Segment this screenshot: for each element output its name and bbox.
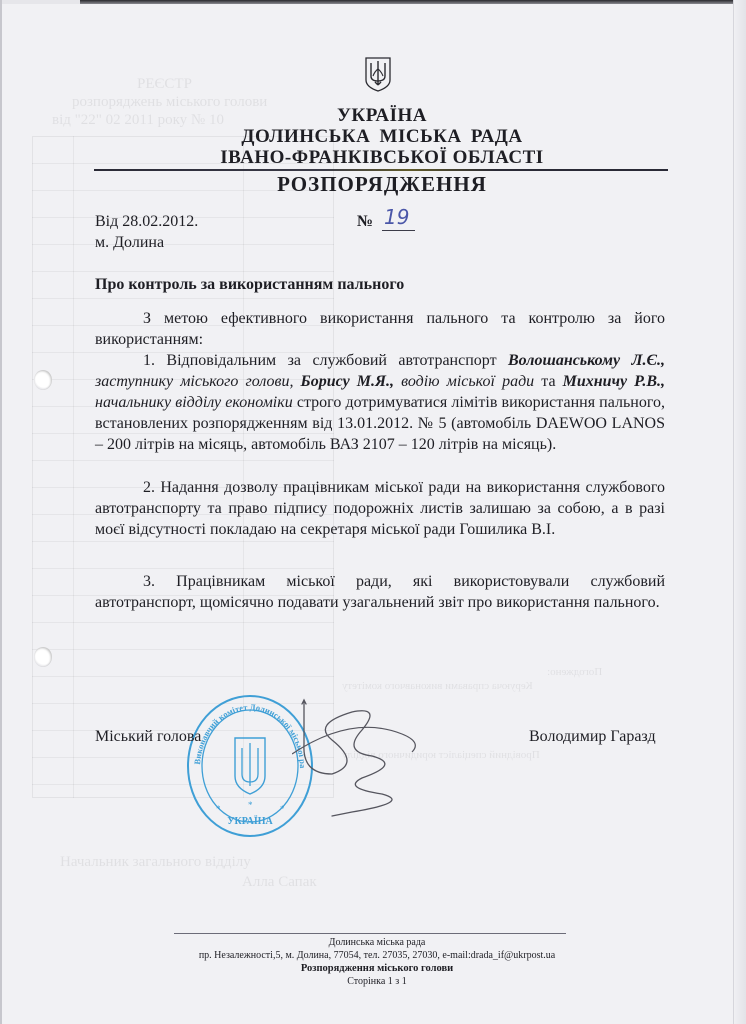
scan-edge-top xyxy=(80,0,746,4)
item-1-role-1: заступнику міського голови, xyxy=(95,373,293,390)
svg-text:*: * xyxy=(248,800,253,810)
paragraph-intro-text: З метою ефективного використання пальног… xyxy=(95,310,665,348)
header-council: ДОЛИНСЬКА МІСЬКА РАДА xyxy=(92,126,672,148)
bleed-through-title: РЕЄСТР xyxy=(137,76,192,93)
document-date: Від 28.02.2012. xyxy=(95,211,198,233)
item-1-person-3: Михничу Р.В., xyxy=(563,373,665,390)
item-1-prefix: 1. Відповідальним за службовий автотранс… xyxy=(143,352,508,369)
signatory-name: Володимир Гаразд xyxy=(529,726,656,748)
document-subject: Про контроль за використанням пального xyxy=(95,274,404,296)
punch-hole-bottom xyxy=(34,647,52,667)
paragraph-item-2: 2. Надання дозволу працівникам міської р… xyxy=(95,477,665,540)
signatory-role: Міський голова xyxy=(95,726,201,748)
svg-text:*: * xyxy=(280,804,285,814)
footer-divider xyxy=(174,933,566,934)
stamp-text-bottom: УКРАЇНА xyxy=(227,814,273,827)
document-city: м. Долина xyxy=(95,232,164,254)
footer-page-number: Сторінка 1 з 1 xyxy=(152,975,602,988)
header-region: ІВАНО-ФРАНКІВСЬКОЇ ОБЛАСТІ xyxy=(92,147,672,169)
punch-hole-top xyxy=(34,370,52,390)
paragraph-item-3: 3. Працівникам міської ради, які викорис… xyxy=(95,571,665,613)
paragraph-intro: З метою ефективного використання пальног… xyxy=(95,308,665,350)
scan-edge-right xyxy=(733,0,746,1024)
header-divider xyxy=(94,169,668,171)
document-page: РЕЄСТР розпоряджень міського голови від … xyxy=(2,4,734,1024)
trident-coat-of-arms-icon xyxy=(364,56,392,92)
bleed-through-clerk: Керуюча справами виконавчого комітету xyxy=(342,680,533,692)
item-1-person-1: Волошанському Л.Є., xyxy=(508,352,665,369)
footer-doc-title: Розпорядження міського голови xyxy=(152,962,602,975)
document-number-label: № xyxy=(357,211,373,233)
item-1-person-2: Борису М.Я., xyxy=(293,373,394,390)
footer-org: Долинська міська рада xyxy=(152,936,602,949)
document-type-title: РОЗПОРЯДЖЕННЯ xyxy=(92,172,672,197)
handwritten-signature xyxy=(292,694,422,824)
item-1-conj: та xyxy=(534,373,563,390)
header-country: УКРАЇНА xyxy=(92,105,672,127)
paragraph-item-1: 1. Відповідальним за службовий автотранс… xyxy=(95,350,665,455)
item-1-role-3: начальнику відділу економіки xyxy=(95,394,293,411)
item-3-text: 3. Працівникам міської ради, які викорис… xyxy=(95,573,665,611)
svg-text:*: * xyxy=(216,804,221,814)
item-2-text: 2. Надання дозволу працівникам міської р… xyxy=(95,479,665,538)
bleed-through-approved: Погоджено: xyxy=(547,666,602,678)
item-1-role-2: водію міської ради xyxy=(394,373,534,390)
bleed-through-head: Начальник загального відділу xyxy=(60,854,251,871)
document-number-handwritten: 19 xyxy=(382,204,415,231)
footer-address: пр. Незалежності,5, м. Долина, 77054, те… xyxy=(152,949,602,962)
bleed-through-head-name: Алла Сапак xyxy=(242,874,317,891)
